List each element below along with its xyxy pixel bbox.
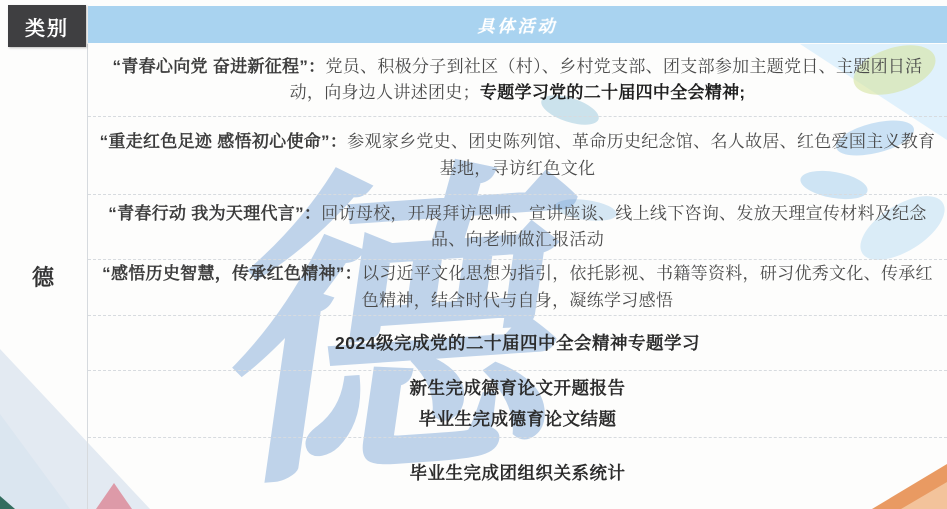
activity-text: “青春行动 我为天理代言”：回访母校，开展拜访恩师、宣讲座谈、线上线下咨询、发放… bbox=[96, 201, 939, 254]
table-body: 德 “青春心向党 奋进新征程”：党员、积极分子到社区（村）、乡村党支部、团支部参… bbox=[0, 44, 947, 509]
milestone-text: 毕业生完成团组织关系统计 bbox=[410, 458, 626, 489]
milestone-row-thesis: 新生完成德育论文开题报告 毕业生完成德育论文结题 bbox=[88, 371, 947, 438]
activity-row-youth-action: “青春行动 我为天理代言”：回访母校，开展拜访恩师、宣讲座谈、线上线下咨询、发放… bbox=[88, 195, 947, 260]
milestone-row-league-relation: 毕业生完成团组织关系统计 bbox=[88, 438, 947, 509]
activity-text: “感悟历史智慧，传承红色精神”：以习近平文化思想为指引，依托影视、书籍等资料，研… bbox=[96, 261, 939, 314]
activity-row-red-footprints: “重走红色足迹 感悟初心使命”：参观家乡党史、团史陈列馆、革命历史纪念馆、名人故… bbox=[88, 117, 947, 195]
activities-column: “青春心向党 奋进新征程”：党员、积极分子到社区（村）、乡村党支部、团支部参加主… bbox=[88, 44, 947, 509]
activity-text: “青春心向党 奋进新征程”：党员、积极分子到社区（村）、乡村党支部、团支部参加主… bbox=[96, 54, 939, 107]
milestone-row-plenary-study: 2024级完成党的二十届四中全会精神专题学习 bbox=[88, 316, 947, 371]
category-cell: 德 bbox=[0, 44, 88, 509]
table-header: 类别 具体活动 bbox=[0, 0, 947, 44]
activities-header-label: 具体活动 bbox=[478, 12, 558, 37]
milestone-text: 2024级完成党的二十届四中全会精神专题学习 bbox=[335, 328, 700, 359]
activity-text: “重走红色足迹 感悟初心使命”：参观家乡党史、团史陈列馆、革命历史纪念馆、名人故… bbox=[96, 129, 939, 182]
milestone-text: 新生完成德育论文开题报告 bbox=[410, 373, 626, 404]
category-value: 德 bbox=[32, 261, 55, 292]
activity-row-historical-wisdom: “感悟历史智慧，传承红色精神”：以习近平文化思想为指引，依托影视、书籍等资料，研… bbox=[88, 260, 947, 316]
moral-education-activities-table: 德 类别 具体活动 德 “青春心向党 奋进新征程”：党员、积极分子到社区（村）、… bbox=[0, 0, 947, 509]
milestone-text: 毕业生完成德育论文结题 bbox=[419, 404, 617, 435]
activities-header-cell: 具体活动 bbox=[88, 6, 947, 43]
activity-row-youth-heart-to-party: “青春心向党 奋进新征程”：党员、积极分子到社区（村）、乡村党支部、团支部参加主… bbox=[88, 44, 947, 117]
category-header-cell: 类别 bbox=[8, 5, 86, 47]
